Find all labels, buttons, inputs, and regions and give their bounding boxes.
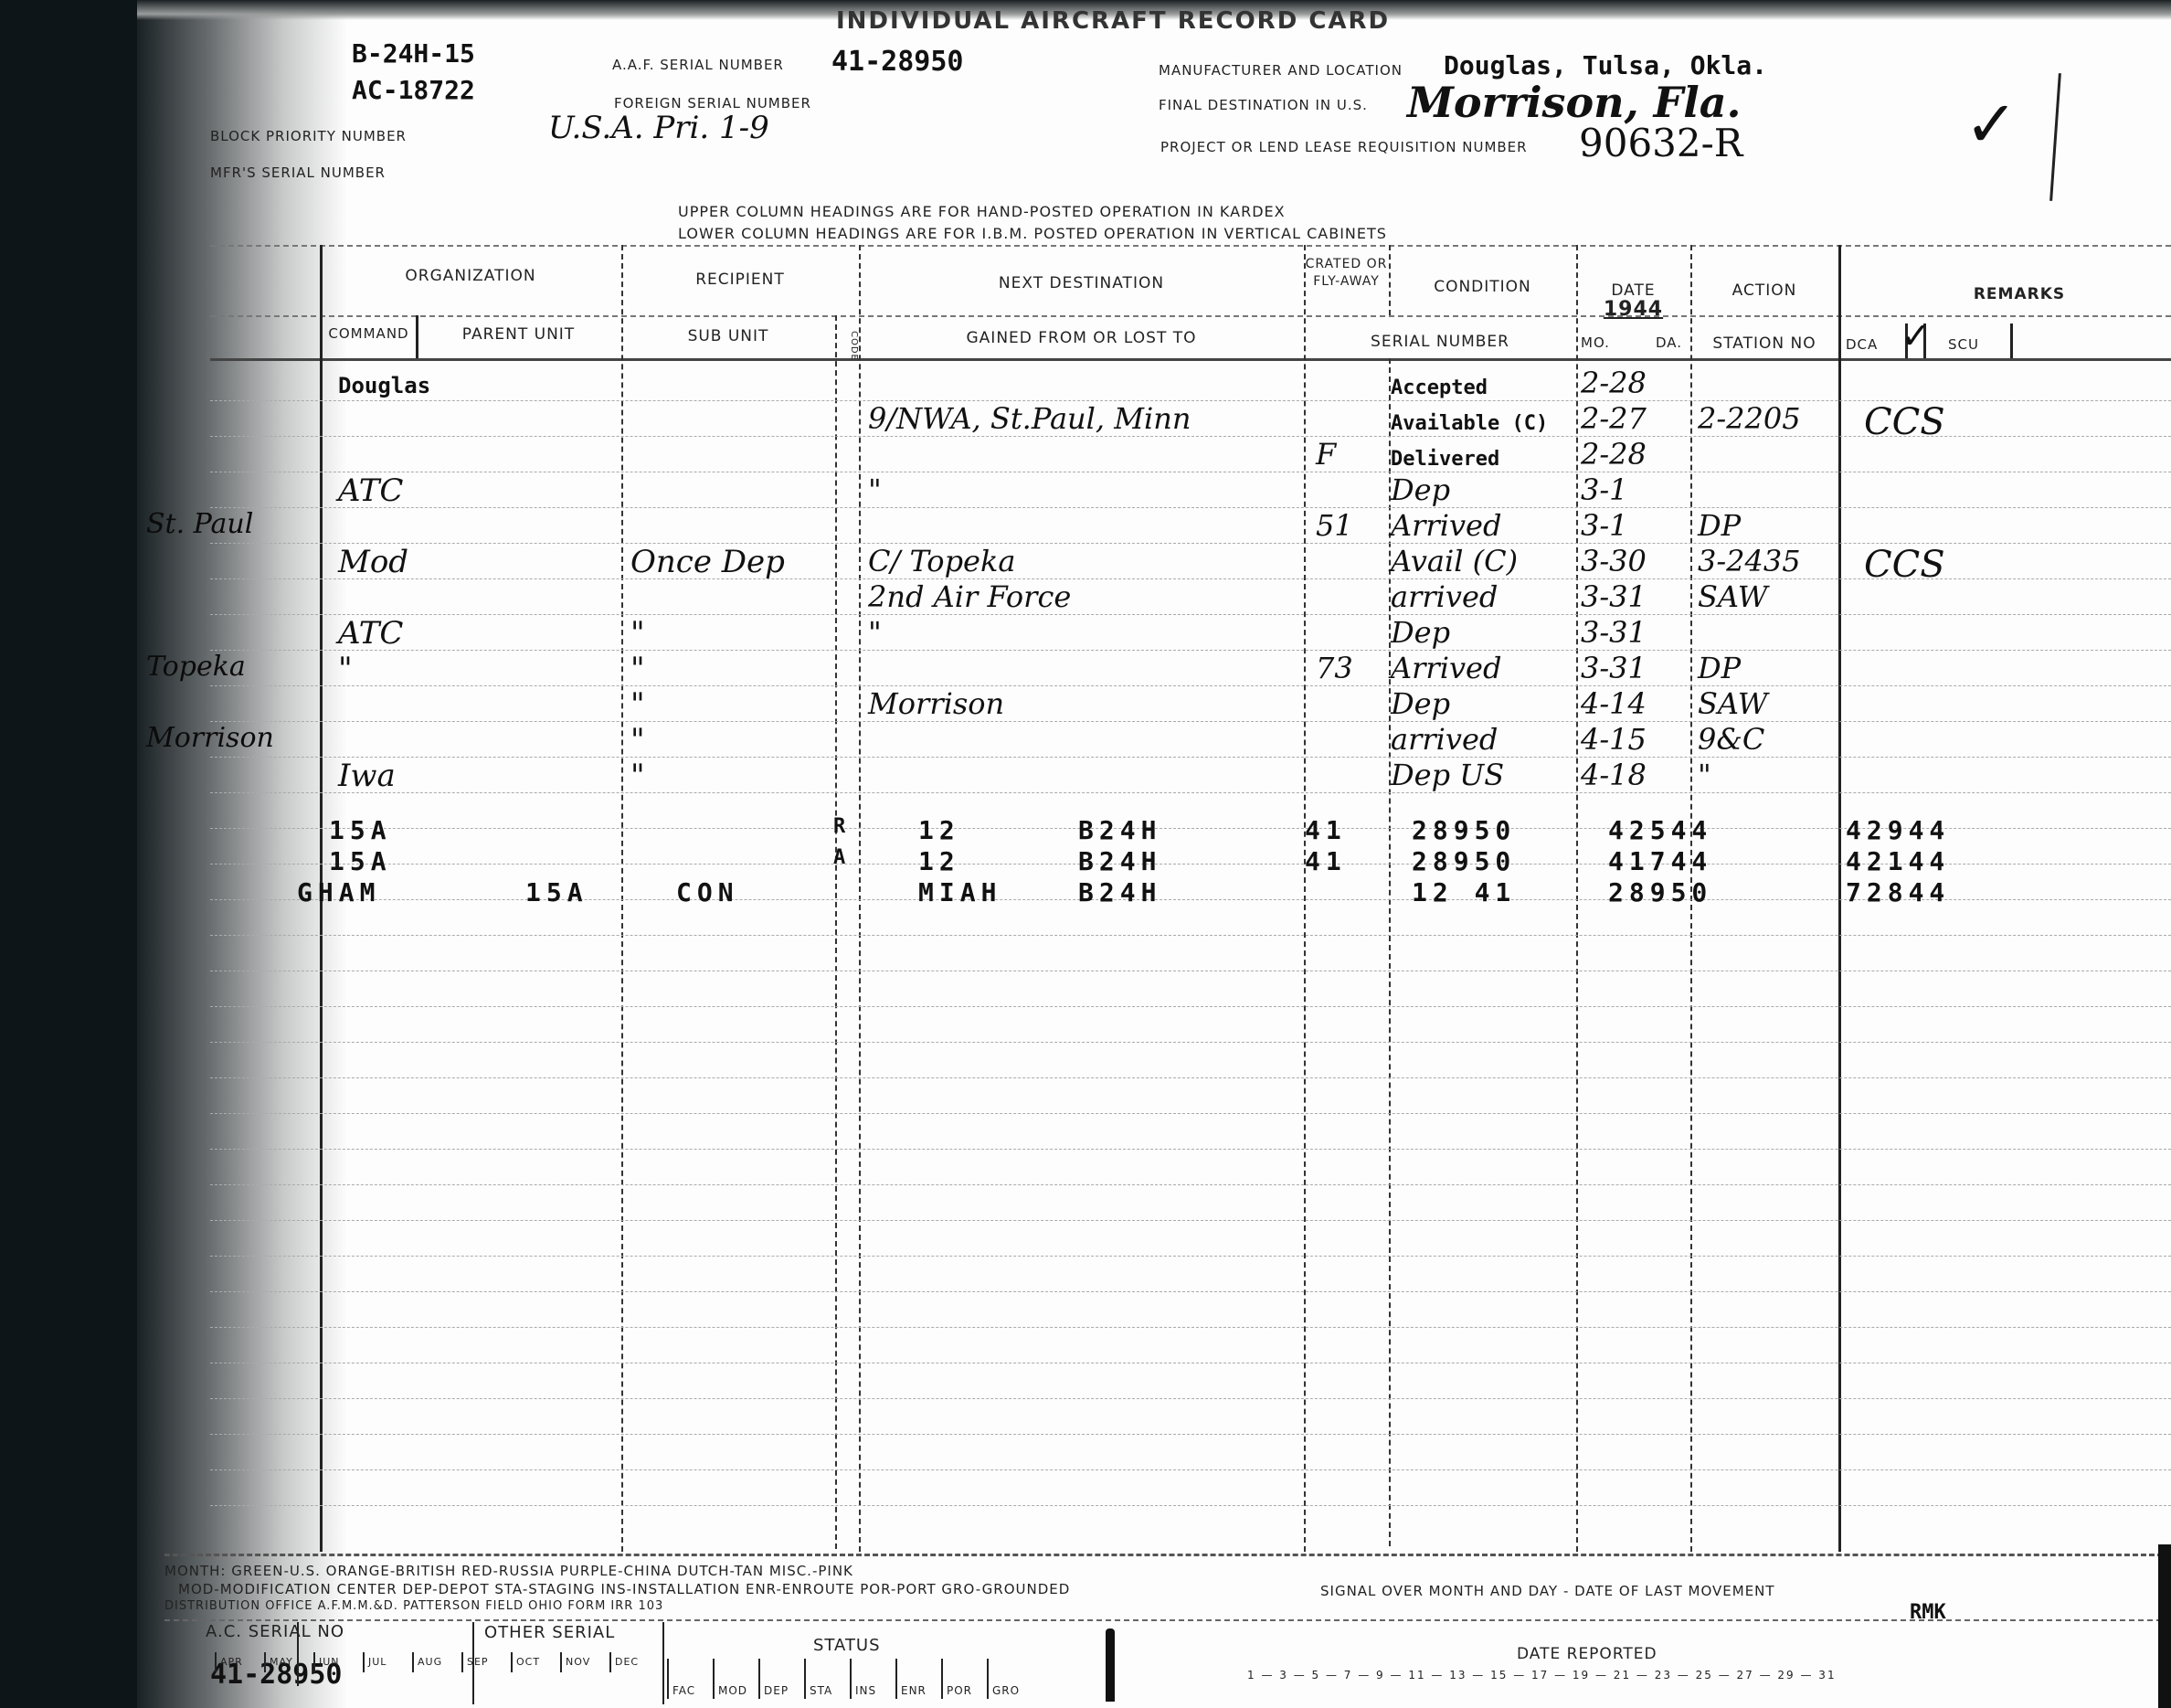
entry-date: 2-28 xyxy=(1581,437,1647,472)
column-divider xyxy=(835,315,837,1549)
entry-action: 3-2435 xyxy=(1698,544,1801,578)
punched-field-c9: 72844 xyxy=(1846,877,1950,907)
entry-org: ATC xyxy=(338,615,403,652)
entry-condition: Avail (C) xyxy=(1391,544,1518,578)
entry-station: St. Paul xyxy=(146,508,253,540)
ruled-line xyxy=(210,1327,2171,1328)
status-label: STATUS xyxy=(813,1636,881,1655)
entry-condition: arrived xyxy=(1391,722,1498,757)
final-destination-label: FINAL DESTINATION IN U.S. xyxy=(1159,97,1368,113)
punched-field-c8: 28950 xyxy=(1608,877,1712,907)
month-tab: OCT xyxy=(511,1652,540,1672)
entry-condition: Arrived xyxy=(1391,508,1501,543)
foreign-serial-label: FOREIGN SERIAL NUMBER xyxy=(614,95,811,111)
manufacturer-value: Douglas, Tulsa, Okla. xyxy=(1444,50,1767,80)
footer-divider xyxy=(164,1554,2171,1556)
entry-remarks: CCS xyxy=(1864,401,1945,443)
col-mo: MO. xyxy=(1581,334,1610,351)
ruled-line xyxy=(210,507,2171,508)
column-divider xyxy=(1304,245,1306,1552)
ruled-line xyxy=(210,721,2171,722)
entry-date: 3-1 xyxy=(1581,508,1628,543)
ruled-line xyxy=(210,792,2171,793)
column-divider xyxy=(621,245,623,1552)
entry-next-dest: " xyxy=(868,615,882,650)
ruled-line xyxy=(210,757,2171,758)
entry-crated: 51 xyxy=(1316,508,1353,543)
ruled-line xyxy=(210,685,2171,686)
scan-right-edge xyxy=(2158,1544,2171,1708)
entry-crated: F xyxy=(1316,437,1336,472)
priority-value: U.S.A. Pri. 1-9 xyxy=(548,110,769,146)
punched-field-c8: 41744 xyxy=(1608,846,1712,876)
ruled-line xyxy=(210,1398,2171,1399)
entry-recipient: " xyxy=(630,722,645,759)
month-tab: AUG xyxy=(412,1652,442,1672)
punched-field-c4: MIAH xyxy=(918,877,1001,907)
entry-condition: Delivered xyxy=(1391,448,1499,471)
lower-headings-note: LOWER COLUMN HEADINGS ARE FOR I.B.M. POS… xyxy=(678,225,1387,242)
status-code-tab: INS xyxy=(850,1659,876,1699)
footer-divider xyxy=(164,1619,2171,1621)
status-code-tab: ENR xyxy=(895,1659,927,1699)
footer-divider xyxy=(662,1622,664,1704)
ruled-line xyxy=(210,1434,2171,1435)
entry-condition: Available (C) xyxy=(1391,412,1548,435)
entry-date: 4-18 xyxy=(1581,758,1647,792)
punched-field-c7: 28950 xyxy=(1412,815,1516,845)
status-code-tab: MOD xyxy=(713,1659,747,1699)
mfr-serial-label: MFR'S SERIAL NUMBER xyxy=(210,164,386,181)
month-tab: MAY xyxy=(264,1652,293,1672)
col-condition: CONDITION xyxy=(1389,278,1576,296)
month-tab: NOV xyxy=(560,1652,590,1672)
col-sub-unit: SUB UNIT xyxy=(621,327,835,345)
entry-action: SAW xyxy=(1698,686,1768,721)
col-code: CODE xyxy=(837,331,859,361)
column-divider xyxy=(859,245,861,1552)
entry-action: SAW xyxy=(1698,579,1768,614)
punched-field-c6: 41 xyxy=(1305,846,1347,876)
entry-remarks: CCS xyxy=(1864,544,1945,586)
pen-stroke xyxy=(2049,73,2061,201)
punched-field-c5: B24H xyxy=(1078,877,1161,907)
col-next-destination: NEXT DESTINATION xyxy=(859,274,1304,292)
col-parent-unit: PARENT UNIT xyxy=(416,325,621,344)
scan-dark-margin xyxy=(0,0,137,1708)
col-remarks: REMARKS xyxy=(1946,285,2092,303)
aaf-serial-value: 41-28950 xyxy=(831,46,964,78)
col-da: DA. xyxy=(1656,334,1682,351)
entry-date: 4-15 xyxy=(1581,722,1647,757)
grid-line xyxy=(210,245,2171,247)
project-value: 90632-R xyxy=(1579,121,1742,165)
entry-date: 3-30 xyxy=(1581,544,1647,578)
ruled-line xyxy=(210,1149,2171,1150)
entry-action: " xyxy=(1698,758,1711,792)
status-code-tab: DEP xyxy=(758,1659,789,1699)
aaf-serial-label: A.A.F. SERIAL NUMBER xyxy=(612,57,784,73)
footer-legend-office: DISTRIBUTION OFFICE A.F.M.M.&D. PATTERSO… xyxy=(164,1599,663,1613)
upper-headings-note: UPPER COLUMN HEADINGS ARE FOR HAND-POSTE… xyxy=(678,203,1286,220)
ruled-line xyxy=(210,1469,2171,1470)
entry-station: Morrison xyxy=(146,722,274,754)
entry-recipient: " xyxy=(630,651,645,687)
punched-field-c4: 12 xyxy=(918,846,960,876)
status-code-tab: FAC xyxy=(667,1659,695,1699)
entry-condition: Dep US xyxy=(1391,758,1504,792)
entry-date: 2-28 xyxy=(1581,366,1647,400)
entry-date: 3-1 xyxy=(1581,472,1628,507)
entry-condition: Dep xyxy=(1391,615,1450,650)
punched-field-c1: GHAM xyxy=(297,877,380,907)
ruled-line xyxy=(210,971,2171,971)
col-recipient: RECIPIENT xyxy=(621,271,859,289)
footer-legend-status: MOD-MODIFICATION CENTER DEP-DEPOT STA-ST… xyxy=(178,1581,1070,1597)
contract-value: AC-18722 xyxy=(352,75,475,105)
entry-date: 4-14 xyxy=(1581,686,1647,721)
scan-shadow-gradient xyxy=(137,0,347,1708)
entry-station: Topeka xyxy=(146,651,246,683)
punched-field-c7: 12 41 xyxy=(1412,877,1516,907)
punched-field-c5: B24H xyxy=(1078,815,1161,845)
punched-field-c9: 42144 xyxy=(1846,846,1950,876)
col-date: DATE xyxy=(1576,281,1690,300)
entry-action: DP xyxy=(1698,508,1741,543)
entry-condition: Accepted xyxy=(1391,377,1488,399)
punched-field-c1: 15A xyxy=(329,846,392,876)
entry-condition: Dep xyxy=(1391,472,1450,507)
punched-field-c7: 28950 xyxy=(1412,846,1516,876)
model-value: B-24H-15 xyxy=(352,38,475,69)
dca-check-icon: ✓ xyxy=(1901,315,1932,357)
entry-date: 3-31 xyxy=(1581,651,1647,685)
footer-divider xyxy=(297,1622,299,1686)
ruled-line xyxy=(210,935,2171,936)
column-divider xyxy=(1576,245,1578,1552)
ruled-line xyxy=(210,1256,2171,1257)
month-tab: JUN xyxy=(313,1652,340,1672)
entry-condition: arrived xyxy=(1391,579,1498,614)
entry-recipient: " xyxy=(630,758,645,794)
punched-field-c8: 42544 xyxy=(1608,815,1712,845)
entry-action: 9&C xyxy=(1698,722,1764,757)
printer-mark: RMK xyxy=(1910,1601,1946,1624)
entry-org: Douglas xyxy=(338,373,430,398)
ruled-line xyxy=(210,650,2171,651)
date-reported-label: DATE REPORTED xyxy=(1517,1645,1657,1663)
entry-recipient: " xyxy=(630,686,645,723)
col-gained-lost: GAINED FROM OR LOST TO xyxy=(859,329,1304,347)
entry-action: 2-2205 xyxy=(1698,401,1801,436)
ruled-line xyxy=(210,472,2171,472)
ac-serial-label: A.C. SERIAL NO xyxy=(206,1622,344,1641)
punched-field-c2: 15A xyxy=(525,877,588,907)
month-tab: APR xyxy=(215,1652,243,1672)
month-tab: DEC xyxy=(609,1652,639,1672)
column-divider xyxy=(1838,245,1841,1552)
signal-bar xyxy=(1106,1628,1115,1702)
ruled-line xyxy=(210,1184,2171,1185)
month-tab: SEP xyxy=(461,1652,489,1672)
punched-field-c5: B24H xyxy=(1078,846,1161,876)
col-command: COMMAND xyxy=(322,325,416,342)
other-serial-label: OTHER SERIAL xyxy=(484,1623,615,1642)
entry-date: 3-31 xyxy=(1581,615,1647,650)
col-organization: ORGANIZATION xyxy=(320,267,621,285)
status-code-tab: STA xyxy=(804,1659,832,1699)
card-title: INDIVIDUAL AIRCRAFT RECORD CARD xyxy=(836,7,1390,35)
punched-field-c3: CON xyxy=(676,877,739,907)
manufacturer-label: MANUFACTURER AND LOCATION xyxy=(1159,62,1403,79)
punched-field-code: R xyxy=(833,815,845,838)
ruled-line xyxy=(210,1113,2171,1114)
column-divider xyxy=(2010,324,2013,358)
punched-field-c4: 12 xyxy=(918,815,960,845)
col-station-no: STATION NO xyxy=(1690,334,1838,353)
col-dca: DCA xyxy=(1846,336,1878,353)
ruled-line xyxy=(210,1291,2171,1292)
punched-field-c6: 41 xyxy=(1305,815,1347,845)
status-code-tab: POR xyxy=(941,1659,972,1699)
ruled-line xyxy=(210,1363,2171,1363)
entry-next-dest: " xyxy=(868,472,882,507)
entry-recipient: Once Dep xyxy=(630,544,785,580)
status-code-tab: GRO xyxy=(987,1659,1020,1699)
entry-next-dest: Morrison xyxy=(868,686,1004,721)
entry-crated: 73 xyxy=(1316,651,1353,685)
punched-field-c1: 15A xyxy=(329,815,392,845)
entry-org: Mod xyxy=(338,544,408,580)
punched-field-code: A xyxy=(833,846,845,869)
ruled-line xyxy=(210,1220,2171,1221)
col-date-year: 1944 xyxy=(1576,298,1690,321)
entry-org: " xyxy=(338,651,353,687)
ruled-line xyxy=(210,1505,2171,1506)
entry-org: ATC xyxy=(338,472,403,509)
entry-next-dest: C/ Topeka xyxy=(868,544,1015,578)
grid-line xyxy=(210,315,2171,317)
entry-date: 2-27 xyxy=(1581,401,1647,436)
ruled-line xyxy=(210,614,2171,615)
col-action: ACTION xyxy=(1690,281,1838,300)
col-scu: SCU xyxy=(1948,336,1979,353)
entry-next-dest: 2nd Air Force xyxy=(868,579,1071,614)
check-mark-icon: ✓ xyxy=(1964,87,2018,162)
month-tab: JUL xyxy=(363,1652,387,1672)
grid-line xyxy=(210,358,2171,361)
entry-condition: Dep xyxy=(1391,686,1450,721)
col-crated-fly-away: CRATED OR FLY-AWAY xyxy=(1304,256,1389,291)
ruled-line xyxy=(210,1077,2171,1078)
ruled-line xyxy=(210,1006,2171,1007)
entry-next-dest: 9/NWA, St.Paul, Minn xyxy=(868,401,1191,436)
priority-label: BLOCK PRIORITY NUMBER xyxy=(210,128,407,144)
col-serial-number: SERIAL NUMBER xyxy=(1304,333,1576,351)
punched-field-c9: 42944 xyxy=(1846,815,1950,845)
entry-action: DP xyxy=(1698,651,1741,685)
footer-legend-colors: MONTH: GREEN-U.S. ORANGE-BRITISH RED-RUS… xyxy=(164,1563,853,1579)
entry-recipient: " xyxy=(630,615,645,652)
ruled-line xyxy=(210,1042,2171,1043)
signal-note: SIGNAL OVER MONTH AND DAY - DATE OF LAST… xyxy=(1320,1583,1775,1599)
entry-org: Iwa xyxy=(338,758,396,794)
project-label: PROJECT OR LEND LEASE REQUISITION NUMBER xyxy=(1160,139,1528,155)
entry-date: 3-31 xyxy=(1581,579,1647,614)
final-destination-value: Morrison, Fla. xyxy=(1407,78,1742,127)
date-reported-scale: 1 — 3 — 5 — 7 — 9 — 11 — 13 — 15 — 17 — … xyxy=(1247,1669,1837,1681)
entry-condition: Arrived xyxy=(1391,651,1501,685)
